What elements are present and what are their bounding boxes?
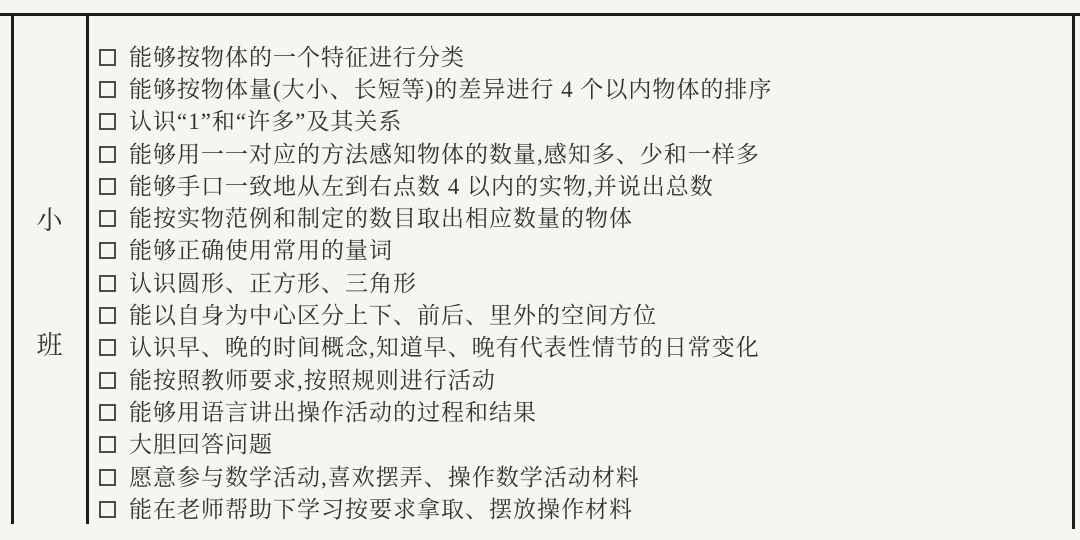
checkbox-icon[interactable] — [99, 339, 116, 356]
checkbox-icon[interactable] — [99, 469, 116, 486]
checklist-item: 能够按物体的一个特征进行分类 — [99, 41, 1074, 73]
class-label-char-top: 小 — [14, 208, 86, 234]
checklist-item-label: 能按实物范例和制定的数目取出相应数量的物体 — [129, 207, 633, 230]
checklist-item: 愿意参与数学活动,喜欢摆弄、操作数学活动材料 — [99, 461, 1074, 493]
checkbox-icon[interactable] — [99, 81, 116, 98]
checkbox-icon[interactable] — [99, 113, 116, 130]
checkbox-icon[interactable] — [99, 242, 116, 259]
checklist-item: 能按照教师要求,按照规则进行活动 — [99, 364, 1074, 396]
checklist-item-label: 认识圆形、正方形、三角形 — [129, 272, 417, 295]
checklist: 能够按物体的一个特征进行分类能够按物体量(大小、长短等)的差异进行 4 个以内物… — [99, 41, 1074, 525]
checklist-item-label: 能按照教师要求,按照规则进行活动 — [129, 369, 496, 392]
checkbox-icon[interactable] — [99, 501, 116, 518]
checklist-item: 能够正确使用常用的量词 — [99, 235, 1074, 267]
checklist-item-label: 大胆回答问题 — [129, 433, 273, 456]
checklist-item: 能够用语言讲出操作活动的过程和结果 — [99, 396, 1074, 428]
checklist-item-label: 能够用语言讲出操作活动的过程和结果 — [129, 401, 537, 424]
checkbox-icon[interactable] — [99, 436, 116, 453]
checkbox-icon[interactable] — [99, 49, 116, 66]
checklist-item-label: 能够手口一致地从左到右点数 4 以内的实物,并说出总数 — [129, 175, 714, 198]
scanned-checklist-page: 小 班 能够按物体的一个特征进行分类能够按物体量(大小、长短等)的差异进行 4 … — [0, 0, 1080, 540]
checklist-item: 能够用一一对应的方法感知物体的数量,感知多、少和一样多 — [99, 138, 1074, 170]
table-top-rule — [0, 13, 1080, 16]
checkbox-icon[interactable] — [99, 307, 116, 324]
checkbox-icon[interactable] — [99, 404, 116, 421]
checklist-item-label: 能在老师帮助下学习按要求拿取、摆放操作材料 — [129, 498, 633, 521]
checklist-item-label: 能以自身为中心区分上下、前后、里外的空间方位 — [129, 304, 657, 327]
checkbox-icon[interactable] — [99, 178, 116, 195]
checklist-item: 能够按物体量(大小、长短等)的差异进行 4 个以内物体的排序 — [99, 73, 1074, 105]
checklist-item: 认识圆形、正方形、三角形 — [99, 267, 1074, 299]
checklist-item: 能以自身为中心区分上下、前后、里外的空间方位 — [99, 299, 1074, 331]
table-column-divider — [86, 13, 89, 524]
checklist-item-label: 认识早、晚的时间概念,知道早、晚有代表性情节的日常变化 — [129, 336, 760, 359]
checkbox-icon[interactable] — [99, 372, 116, 389]
checklist-item: 能在老师帮助下学习按要求拿取、摆放操作材料 — [99, 493, 1074, 525]
checklist-item: 能够手口一致地从左到右点数 4 以内的实物,并说出总数 — [99, 170, 1074, 202]
checkbox-icon[interactable] — [99, 210, 116, 227]
checklist-item: 大胆回答问题 — [99, 429, 1074, 461]
checklist-item: 能按实物范例和制定的数目取出相应数量的物体 — [99, 202, 1074, 234]
checkbox-icon[interactable] — [99, 275, 116, 292]
checklist-item-label: 认识“1”和“许多”及其关系 — [129, 110, 402, 133]
checklist-item-label: 能够按物体量(大小、长短等)的差异进行 4 个以内物体的排序 — [129, 78, 772, 101]
checklist-item-label: 能够按物体的一个特征进行分类 — [129, 46, 465, 69]
checklist-item: 认识“1”和“许多”及其关系 — [99, 106, 1074, 138]
class-label-char-bottom: 班 — [14, 333, 86, 359]
checklist-item: 认识早、晚的时间概念,知道早、晚有代表性情节的日常变化 — [99, 332, 1074, 364]
checklist-item-label: 愿意参与数学活动,喜欢摆弄、操作数学活动材料 — [129, 466, 640, 489]
checkbox-icon[interactable] — [99, 146, 116, 163]
checklist-item-label: 能够正确使用常用的量词 — [129, 239, 393, 262]
class-label-cell: 小 班 — [14, 13, 86, 524]
checklist-item-label: 能够用一一对应的方法感知物体的数量,感知多、少和一样多 — [129, 143, 760, 166]
